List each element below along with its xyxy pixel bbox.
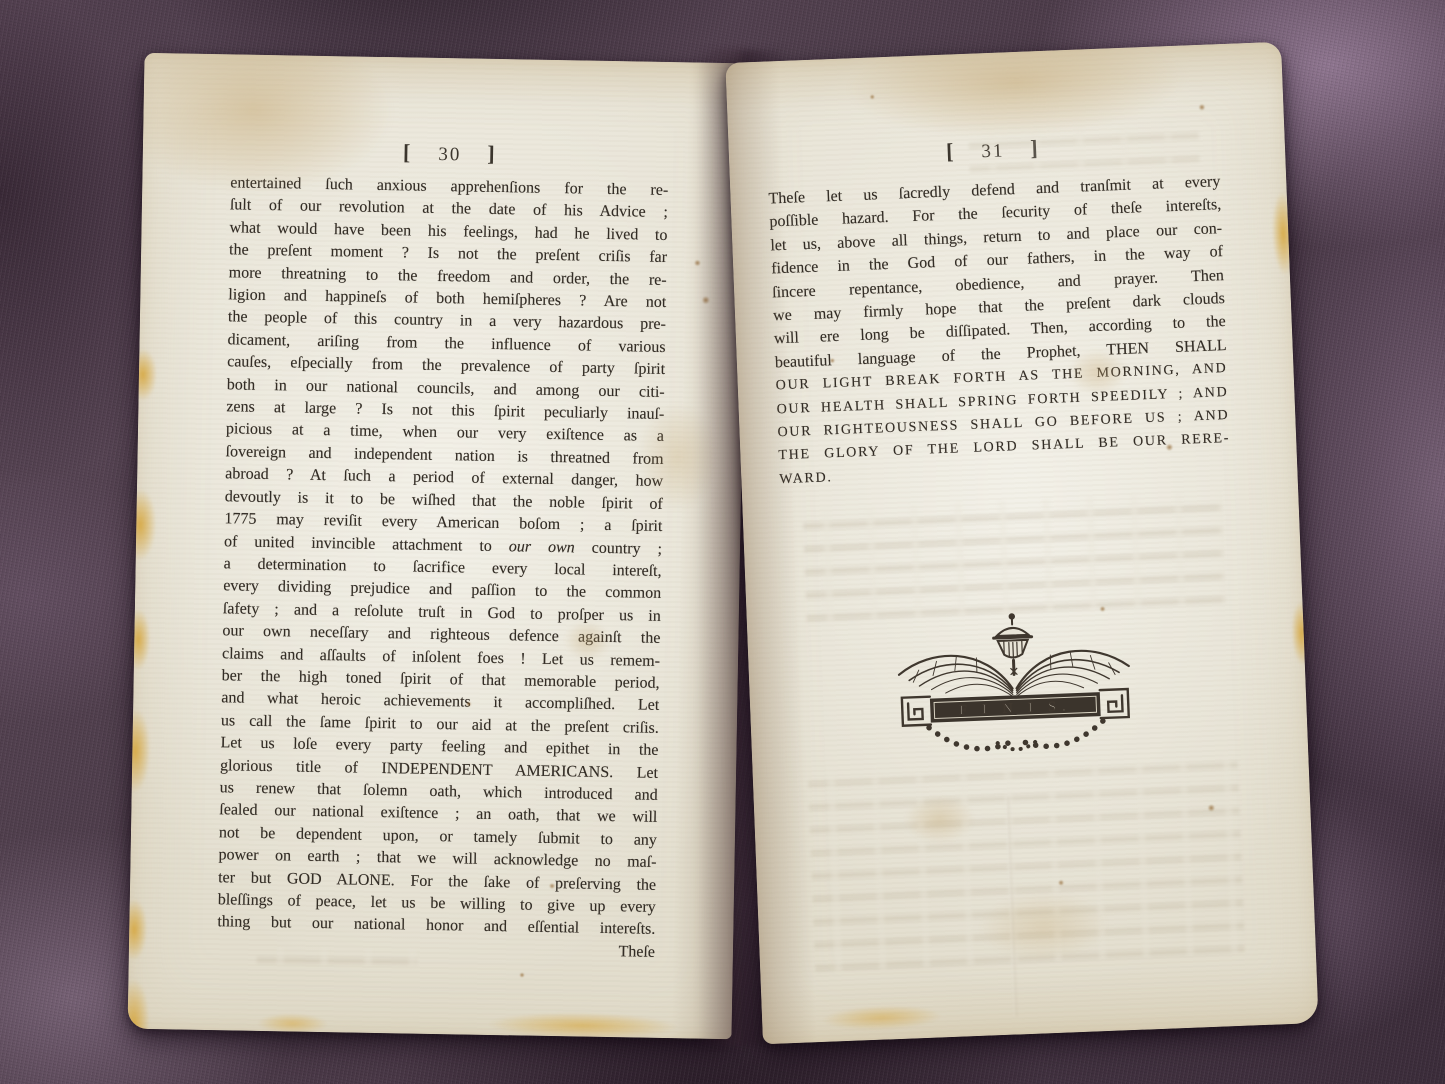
text-segment: of united invincible attachment to [224,533,509,555]
paper-stain [1067,348,1129,396]
text-line: fidence in the God of our fathers, in th… [771,240,1224,281]
paper-stain [977,889,1110,964]
text-line: entertained ſuch anxious apprehenſions f… [230,172,668,202]
text-line: ter but GOD ALONE. For the ſake of preſe… [218,867,656,897]
palm-frond-right [1015,649,1130,696]
finis-ornament: F I N I S. [887,604,1143,763]
greek-key-left [902,697,931,726]
text-line: ligion and happineſs of both hemiſpheres… [228,284,666,314]
text-line: zens at large ? Is not this ſpirit pecul… [226,396,664,426]
paper-stain [564,620,611,661]
text-line: beautiful language of the Prophet, THEN … [774,334,1227,375]
bottom-edge-stain [822,1003,943,1032]
catchword: Theſe [217,934,655,964]
scripture-caps-line: THE GLORY OF THE LORD SHALL BE OUR RERE- [778,427,1231,468]
right-page-text: Theſe let us ſacredly defend and tranſmi… [768,170,1231,491]
bracket-open: [ [946,138,956,163]
left-page-text: entertained ſuch anxious apprehenſions f… [217,172,669,964]
text-line: ſafety ; and a reſolute truſt in God to … [223,598,661,628]
text-line: us renew that ſolemn oath, which introdu… [220,777,658,807]
foxing-spot [700,295,711,306]
bracket-close: ] [1030,135,1040,160]
corner-stain [844,42,1188,145]
greek-key-right [1100,689,1129,718]
text-line: Theſe let us ſacredly defend and tranſmi… [768,170,1221,211]
text-line: 1775 may reviſit every American boſom ; … [224,508,662,538]
scripture-caps-line: OUR HEALTH SHALL SPRING FORTH SPEEDILY ;… [776,381,1229,422]
foxing-spot [1057,879,1065,887]
foxing-spot [1098,605,1106,613]
text-line: power on earth ; that we will acknowledg… [218,844,656,874]
text-segment: country ; [575,539,663,558]
text-line: dicament, ariſing from the influence of … [227,329,665,359]
italic-phrase: our own [509,538,575,556]
bottom-edge-stain [487,1011,677,1039]
text-line: picious at a time, when our very exiſten… [226,419,664,449]
foxing-spot [465,701,472,708]
ghost-text-region [803,491,1227,622]
paper-stain [904,794,976,845]
text-line: Let us loſe every party feeling and epit… [220,732,658,762]
foxing-spot [518,971,525,978]
right-page-number: [31] [767,128,1220,171]
text-line: every dividing prejudice and paſſion to … [223,576,661,606]
text-line: glorious title of INDEPENDENT AMERICANS.… [220,755,658,785]
text-line: the preſent moment ? Is not the preſent … [229,240,667,270]
foxing-spot [1206,803,1216,813]
edge-stain [128,708,152,793]
edge-stain [128,609,151,671]
text-line: a determination to ſacrifice every local… [223,553,661,583]
text-line: what would have been his feelings, had h… [229,217,667,247]
text-line: let us, above all things, return to and … [770,217,1223,258]
finis-ornament-graphic: F I N I S. [887,604,1143,763]
text-line: ſovereign and independent nation is thre… [225,441,663,471]
right-page: [31] Theſe let us ſacredly defend and tr… [725,42,1318,1045]
left-page: [30] entertained ſuch anxious apprehenſi… [128,53,749,1039]
text-line: poſſible hazard. For the ſecurity of the… [769,194,1222,235]
scripture-caps-line: WARD. [779,451,1232,492]
paper-stain [637,401,719,512]
scripture-caps-line: OUR RIGHTEOUSNESS SHALL GO BEFORE US ; A… [777,404,1230,445]
text-line: ſealed our national exiſtence ; an oath,… [219,800,657,830]
bead-swag-center [998,742,1036,750]
text-line: ber the high toned ſpirit of that memora… [221,665,659,695]
text-line: thing but our national honor and eſſenti… [217,912,655,942]
edge-stain [1271,191,1296,276]
text-line: both in our national councils, and among… [227,374,665,404]
text-line: our own neceſſary and righteous defence … [222,620,660,650]
text-line: ſincere repentance, obedience, and praye… [772,264,1225,305]
text-line: ſult of our revolution at the date of hi… [230,195,668,225]
finis-label: F I N I S. [959,699,1072,718]
text-line: abroad ? At ſuch a period of external da… [225,464,663,494]
scripture-caps-line: OUR LIGHT BREAK FORTH AS THE MORNING, AN… [775,357,1228,398]
page-crease [1006,797,1017,1017]
page-number-30: 30 [438,144,461,165]
text-line: bleſſings of peace, let us be willing to… [218,889,656,919]
text-line: claims and aſſaults of inſolent foes ! L… [222,643,660,673]
page-number-31: 31 [981,140,1005,162]
corner-stain [128,53,396,197]
foxing-spot [1197,103,1206,112]
foxing-spot [693,258,702,267]
foxing-spot [869,93,876,100]
edge-stain [1290,601,1312,666]
text-line: and what heroic achievements it accompli… [221,688,659,718]
ghost-text-region [808,752,1245,971]
text-line: not be dependent upon, or tamely ſubmit … [219,822,657,852]
text-line: cauſes, eſpecially from the prevalence o… [227,352,665,382]
bracket-open: [ [403,139,413,164]
text-line: will ere long be diſſipated. Then, accor… [774,310,1227,351]
foxing-spot [1164,442,1174,452]
photo-scene: [30] entertained ſuch anxious apprehenſi… [0,0,1445,1084]
foxing-spot [548,882,556,890]
bottom-edge-stain [257,1013,327,1034]
palm-frond-left [898,653,1013,700]
bead-swag [929,721,1104,751]
foxing-spot [829,357,836,364]
text-line: the people of this country in a very haz… [228,307,666,337]
urn-icon [993,613,1033,676]
edge-stain [128,349,157,401]
ghost-text-smudge [257,947,417,965]
text-line: more threatning to the freedom and order… [229,262,667,292]
text-line: us call the ſame ſpirit to our aid at th… [221,710,659,740]
edge-stain [128,978,151,1039]
edge-stain [128,899,148,961]
left-page-number: [30] [231,136,669,170]
text-line: of united invincible attachment to our o… [224,531,662,561]
text-line: we may firmly hope that the preſent dark… [773,287,1226,328]
edge-stain [128,489,157,562]
text-line: devoutly is it to be wiſhed that the nob… [225,486,663,516]
finis-banner: F I N I S. [930,692,1101,723]
ghost-text-region [968,122,1199,172]
bracket-close: ] [487,141,497,166]
